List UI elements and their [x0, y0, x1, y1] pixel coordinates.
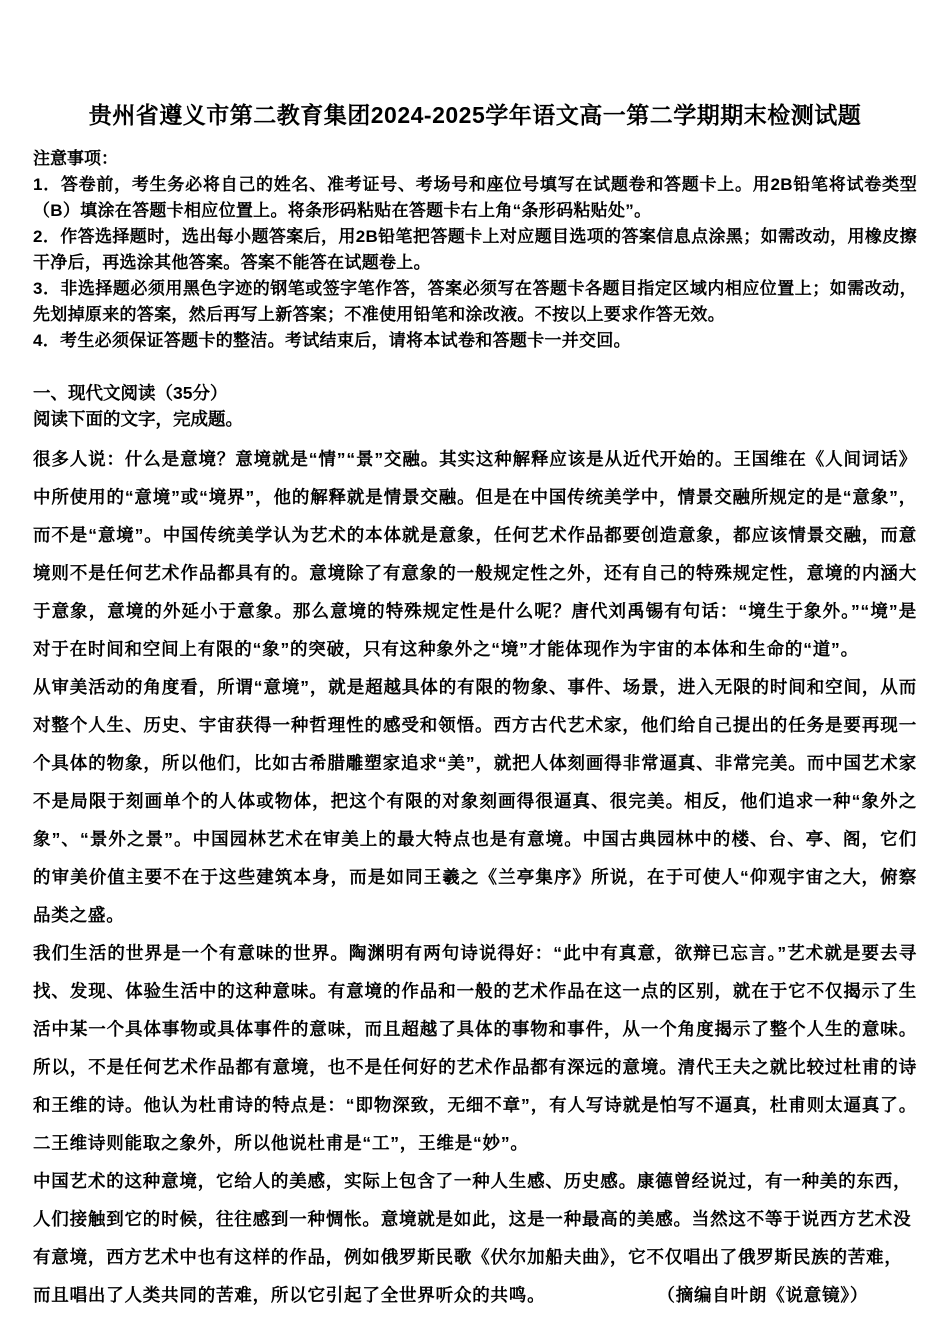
exam-title: 贵州省遵义市第二教育集团2024-2025学年语文高一第二学期期末检测试题: [33, 0, 917, 130]
section-one-heading: 一、现代文阅读（35分）: [33, 380, 917, 406]
notice-item: 4．考生必须保证答题卡的整洁。考试结束后，请将本试卷和答题卡一并交回。: [33, 328, 917, 354]
essay-last-paragraph: 中国艺术的这种意境，它给人的美感，实际上包含了一种人生感、历史感。康德曾经说过，…: [33, 1162, 917, 1314]
notice-item: 2．作答选择题时，选出每小题答案后，用2B铅笔把答题卡上对应题目选项的答案信息点…: [33, 224, 917, 276]
notice-item: 1．答卷前，考生务必将自己的姓名、准考证号、考场号和座位号填写在试题卷和答题卡上…: [33, 172, 917, 224]
essay-paragraph: 从审美活动的角度看，所谓“意境”，就是超越具体的有限的物象、事件、场景，进入无限…: [33, 668, 917, 934]
reading-instruction: 阅读下面的文字，完成题。: [33, 406, 917, 432]
exam-paper-page: 贵州省遵义市第二教育集团2024-2025学年语文高一第二学期期末检测试题 注意…: [0, 0, 950, 1344]
essay-paragraph: 很多人说：什么是意境？意境就是“情”“景”交融。其实这种解释应该是从近代开始的。…: [33, 440, 917, 668]
notice-item: 3．非选择题必须用黑色字迹的钢笔或签字笔作答，答案必须写在答题卡各题目指定区域内…: [33, 276, 917, 328]
essay-paragraph: 我们生活的世界是一个有意味的世界。陶渊明有两句诗说得好：“此中有真意，欲辩已忘言…: [33, 934, 917, 1162]
notice-section: 注意事项： 1．答卷前，考生务必将自己的姓名、准考证号、考场号和座位号填写在试题…: [33, 146, 917, 354]
notice-heading: 注意事项：: [33, 146, 917, 172]
source-attribution: （摘编自叶朗《说意镜》）: [657, 1285, 868, 1305]
reading-passage: 很多人说：什么是意境？意境就是“情”“景”交融。其实这种解释应该是从近代开始的。…: [33, 440, 917, 1314]
